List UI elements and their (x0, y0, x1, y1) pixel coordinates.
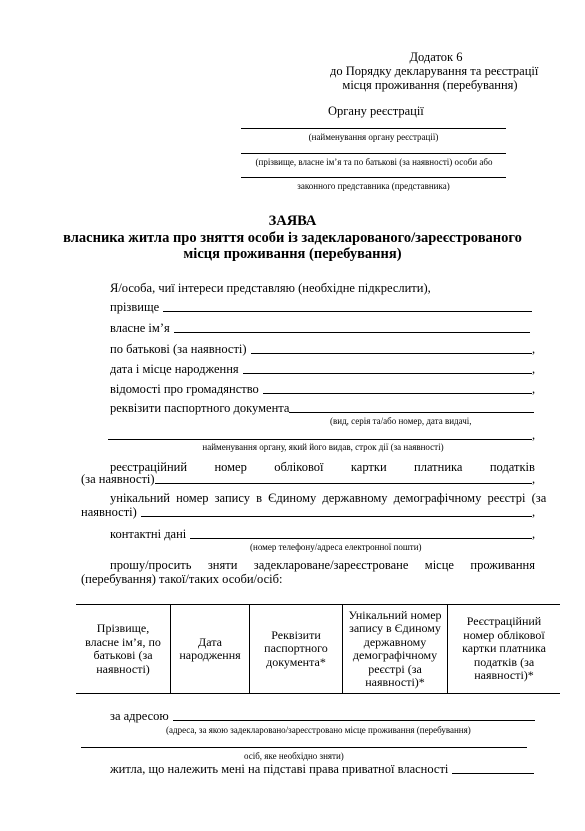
col-passport: Реквізити паспортного документа* (250, 605, 343, 694)
document-title: ЗАЯВА (0, 213, 585, 230)
address-label: за адресою (110, 709, 169, 724)
col-birth-date: Дата народження (171, 605, 250, 694)
address-field[interactable] (173, 720, 535, 721)
contacts-row: контактні дані , (110, 527, 538, 542)
request-cont: (перебування) такої/таких особи/осіб: (81, 572, 282, 587)
tax-number-field[interactable] (155, 483, 532, 484)
first-name-label: власне ім’я (110, 321, 170, 336)
birth-row: дата і місце народження , (110, 362, 538, 377)
unzr-label: унікальний номер запису в Єдиному держав… (110, 491, 535, 506)
passport-field-2[interactable] (108, 439, 532, 440)
contacts-field[interactable] (190, 538, 532, 539)
surname-row: прізвище (110, 300, 532, 315)
representative-line[interactable] (241, 177, 506, 178)
address-hint-1: (адреса, за якою задекларовано/зареєстро… (166, 725, 471, 735)
applicant-name-hint: (прізвище, власне ім’я та по батькові (з… (238, 157, 510, 167)
col-tax-number: Реєстраційний номер облікової картки пла… (448, 605, 561, 694)
patronymic-label: по батькові (за наявності) (110, 342, 247, 357)
annex-line-1: до Порядку декларування та реєстрації (330, 64, 530, 78)
annex-title: Додаток 6 (330, 50, 530, 64)
first-name-field[interactable] (174, 332, 530, 333)
patronymic-field[interactable] (251, 353, 532, 354)
tax-number-cont-label: (за наявності) (81, 472, 155, 487)
patronymic-row: по батькові (за наявності) , (110, 342, 538, 357)
contacts-hint: (номер телефону/адреса електронної пошти… (250, 542, 422, 552)
address-row: за адресою (110, 709, 535, 724)
unzr-field[interactable] (141, 516, 532, 517)
col-full-name: Прізвище, власне ім’я, по батькові (за н… (76, 605, 171, 694)
document-subtitle-2: місця проживання (перебування) (0, 246, 585, 263)
surname-label: прізвище (110, 300, 159, 315)
passport-row-2: , (108, 428, 538, 443)
passport-hint-1: (вид, серія та/або номер, дата видачі, (330, 416, 472, 426)
registration-authority-line[interactable] (241, 128, 506, 129)
birth-label: дата і місце народження (110, 362, 239, 377)
registration-authority-hint: (найменування органу реєстрації) (241, 132, 506, 142)
tax-number-row: (за наявності) , (81, 472, 538, 487)
citizenship-row: відомості про громадянство , (110, 382, 538, 397)
citizenship-label: відомості про громадянство (110, 382, 259, 397)
annex-block: Додаток 6 до Порядку декларування та реє… (330, 50, 530, 92)
persons-table: Прізвище, власне ім’я, по батькові (за н… (76, 604, 560, 694)
request-line: прошу/просить зняти задекларованe/зареєс… (110, 558, 535, 573)
contacts-label: контактні дані (110, 527, 186, 542)
applicant-name-line[interactable] (241, 153, 506, 154)
ownership-field[interactable] (452, 773, 534, 774)
unzr-cont-label: наявності) (81, 505, 137, 520)
intro-text: Я/особа, чиї інтереси представляю (необх… (110, 281, 431, 296)
address-field-2[interactable] (81, 747, 527, 748)
unzr-row: наявності) , (81, 505, 538, 520)
passport-field[interactable] (289, 412, 534, 413)
col-unzr: Унікальний номер запису в Єдиному держав… (343, 605, 448, 694)
annex-line-2: місця проживання (перебування) (330, 78, 530, 92)
birth-field[interactable] (243, 373, 532, 374)
representative-hint: законного представника (представника) (241, 181, 506, 191)
ownership-row: житла, що належить мені на підставі прав… (110, 762, 534, 777)
surname-field[interactable] (163, 311, 532, 312)
passport-hint-2: найменування органу, який його видав, ст… (108, 442, 538, 452)
addressee-label: Органу реєстрації (328, 104, 424, 119)
document-subtitle-1: власника житла про зняття особи із задек… (0, 230, 585, 247)
table-header-row: Прізвище, власне ім’я, по батькові (за н… (76, 605, 560, 694)
passport-row: реквізити паспортного документа (110, 401, 534, 416)
address-hint-2: осіб, яке необхідно зняти) (244, 751, 344, 761)
first-name-row: власне ім’я (110, 321, 530, 336)
citizenship-field[interactable] (263, 393, 532, 394)
ownership-label: житла, що належить мені на підставі прав… (110, 762, 448, 777)
passport-label: реквізити паспортного документа (110, 401, 289, 416)
